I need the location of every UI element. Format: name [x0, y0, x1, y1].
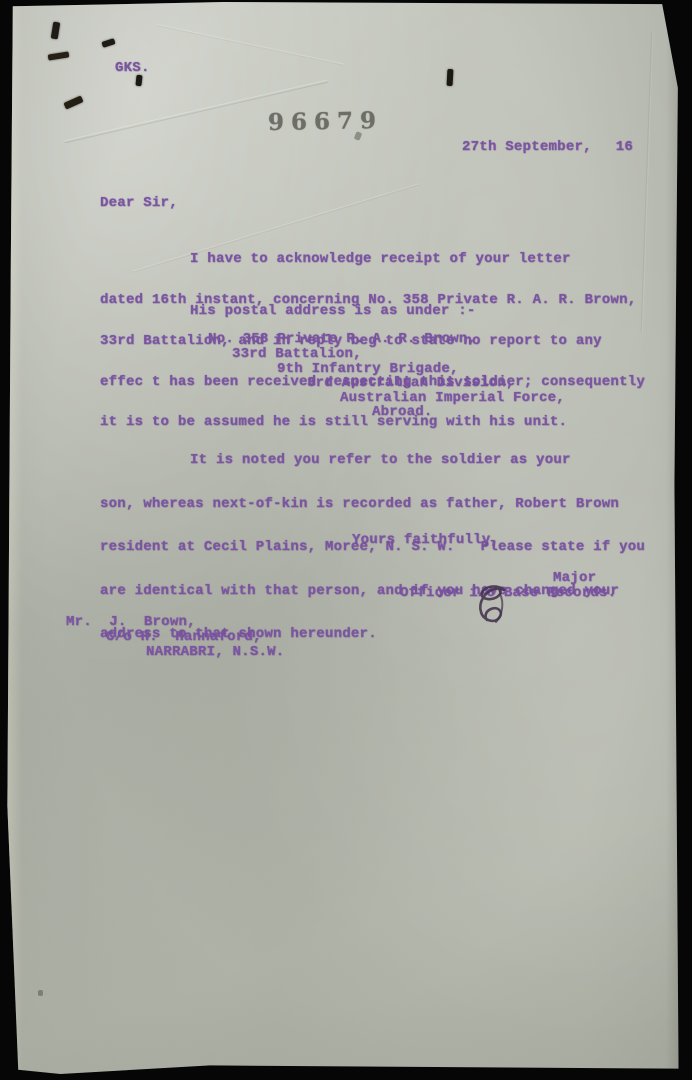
registration-stamp-number: 96679: [268, 107, 383, 136]
salutation: Dear Sir,: [100, 197, 178, 211]
handwritten-initial: [470, 582, 524, 630]
paper-crease: [158, 24, 344, 65]
pin-mark: [135, 75, 142, 87]
pin-mark: [48, 51, 70, 60]
recipient-line-2: C/o H. Hannaford,: [106, 631, 262, 645]
reference-initials: GKS.: [115, 62, 150, 76]
paper-speck: [38, 990, 43, 996]
postal-address-line-2: 33rd Battalion,: [232, 347, 362, 362]
recipient-line-3: NARRABRI, N.S.W.: [146, 646, 284, 660]
pin-mark: [63, 95, 83, 109]
postal-address-line-6: Abroad.: [372, 405, 433, 420]
paragraph-2-line-1: It is noted you refer to the soldier as …: [100, 453, 645, 468]
recipient-line-1: Mr. J. Brown,: [66, 616, 196, 630]
postal-address-line-4: 3rd Australian Division,: [307, 376, 515, 391]
date-line: 27th September,16: [462, 141, 633, 155]
postal-address-line-1: No. 358 Private R. A. R. Brown,: [208, 332, 476, 347]
valediction: Yours faithfully,: [352, 534, 499, 548]
paragraph-1-line-1: I have to acknowledge receipt of your le…: [100, 253, 645, 267]
postal-address-intro: His postal address is as under :-: [190, 305, 476, 319]
pin-mark: [447, 69, 454, 86]
pin-mark: [101, 38, 115, 48]
pin-mark: [51, 22, 61, 40]
signature-rank: Major: [553, 572, 596, 586]
date-year: 16: [616, 139, 633, 155]
paragraph-2-line-2: son, whereas next-of-kin is recorded as …: [100, 497, 645, 512]
date-text: 27th September,: [462, 139, 592, 155]
scanned-letter-page: GKS. 96679 27th September,16 Dear Sir, I…: [6, 2, 686, 1074]
